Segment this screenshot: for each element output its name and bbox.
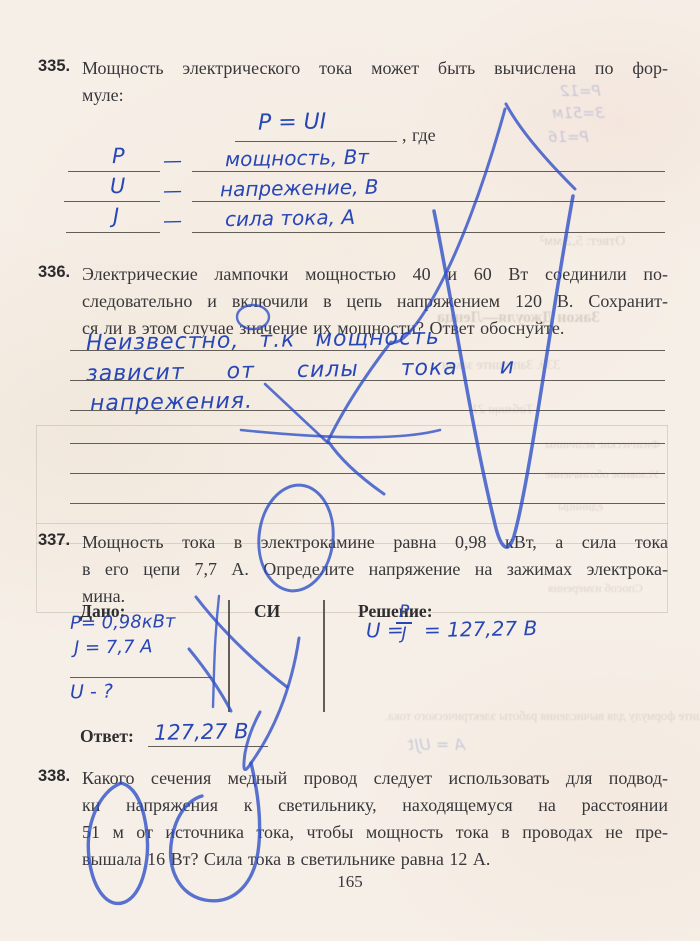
- problem-338-text-line: 51 м от источника тока, чтобы мощность т…: [82, 819, 668, 846]
- handwritten-answer-line: Неизвестно, т.к мощность: [86, 325, 440, 356]
- ruled-line: [192, 171, 665, 172]
- answer-blank-line: [148, 746, 268, 747]
- handwritten-answer-line: зависит от силы тока и: [86, 354, 515, 386]
- bleedthrough-text: A = UJt: [408, 735, 465, 754]
- pen-stroke: [241, 430, 440, 437]
- handwritten-solution-fraction: P J: [396, 602, 412, 644]
- given-si-divider-line: [228, 600, 230, 712]
- fraction-denominator: J: [396, 624, 412, 644]
- bleedthrough-text: Физические величины: [545, 437, 660, 452]
- handwritten-solution-result: = 127,27 В: [424, 616, 538, 642]
- ruled-line: [70, 473, 665, 474]
- bleedthrough-text: Условное обозначение: [545, 467, 660, 482]
- handwritten-find-value: U - ?: [70, 681, 113, 704]
- handwritten-formula: P = UI: [258, 109, 327, 135]
- handwritten-symbol-p: P: [112, 144, 125, 168]
- handwritten-given-value: P= 0,98кВт: [70, 611, 176, 634]
- handwritten-symbol-i: J: [113, 204, 120, 228]
- bleedthrough-text: единицы: [558, 499, 603, 514]
- problem-336-text-line: Электрические лампочки мощностью 40 и 60…: [82, 261, 668, 288]
- formula-blank-line: [235, 141, 397, 142]
- handwritten-dash: —: [163, 180, 182, 202]
- handwritten-symbol-u: U: [110, 174, 126, 198]
- answer-label: Ответ:: [80, 726, 134, 747]
- ruled-line: [64, 201, 160, 202]
- bleedthrough-table-line: [36, 425, 668, 426]
- handwritten-definition: мощность, Вт: [225, 145, 369, 172]
- si-solution-divider-line: [323, 600, 325, 712]
- handwritten-answer-value: 127,27 В: [154, 719, 249, 745]
- ruled-line: [192, 232, 665, 233]
- handwritten-answer-line: напрежения.: [90, 389, 253, 417]
- workbook-page-scan: Р=12 З=51м Р=16 Ответ: 5,2 мм² Закон Джо…: [0, 0, 700, 941]
- pen-stroke: [265, 384, 328, 443]
- pen-stroke: [189, 649, 231, 711]
- ruled-line: [70, 380, 665, 381]
- fraction-numerator: P: [396, 602, 412, 624]
- ruled-line: [66, 232, 160, 233]
- handwritten-dash: —: [163, 210, 182, 232]
- problem-338-text-line: вышала 16 Вт? Сила тока в светильнике ра…: [82, 846, 668, 873]
- problem-337-text-line: Мощность тока в электрокамине равна 0,98…: [82, 529, 668, 556]
- problem-337-number: 337.: [38, 531, 70, 550]
- page-number: 165: [0, 872, 700, 892]
- ruled-line: [70, 443, 665, 444]
- bleedthrough-text: Ответ: 5,2 мм²: [540, 234, 625, 250]
- bleedthrough-text: Р=16: [548, 128, 589, 146]
- given-find-divider-line: [70, 677, 212, 678]
- problem-335-text-line: муле:: [82, 82, 668, 109]
- ruled-line: [70, 503, 665, 504]
- bleedthrough-text: Таблица 21: [472, 401, 533, 417]
- problem-336-number: 336.: [38, 263, 70, 282]
- pen-stroke: [244, 638, 299, 770]
- handwritten-given-value: J = 7,7 А: [74, 636, 153, 658]
- formula-suffix-text: , где: [402, 122, 436, 149]
- ruled-line: [68, 171, 160, 172]
- si-label: СИ: [254, 601, 280, 622]
- ruled-line: [70, 350, 665, 351]
- handwritten-definition: сила тока, А: [225, 205, 355, 231]
- problem-337-text-line: в его цепи 7,7 А. Определите напряжение …: [82, 556, 668, 583]
- handwritten-definition: напрежение, В: [220, 175, 379, 202]
- problem-336-text-line: следовательно и включили в цепь напряжен…: [82, 288, 668, 315]
- bleedthrough-table-line: [36, 425, 37, 612]
- problem-338-text-line: ки напряжения к светильнику, находящемус…: [82, 792, 668, 819]
- problem-338-number: 338.: [38, 767, 70, 786]
- problem-335-number: 335.: [38, 57, 70, 76]
- handwritten-dash: —: [163, 150, 182, 172]
- problem-338-text-line: Какого сечения медный провод следует исп…: [82, 765, 668, 792]
- bleedthrough-table-line: [36, 523, 668, 524]
- ruled-line: [192, 201, 665, 202]
- problem-335-text-line: Мощность электрического тока может быть …: [82, 55, 668, 82]
- ruled-line: [70, 410, 665, 411]
- bleedthrough-text: 346. Запишите формулу для вычисления раб…: [385, 709, 700, 724]
